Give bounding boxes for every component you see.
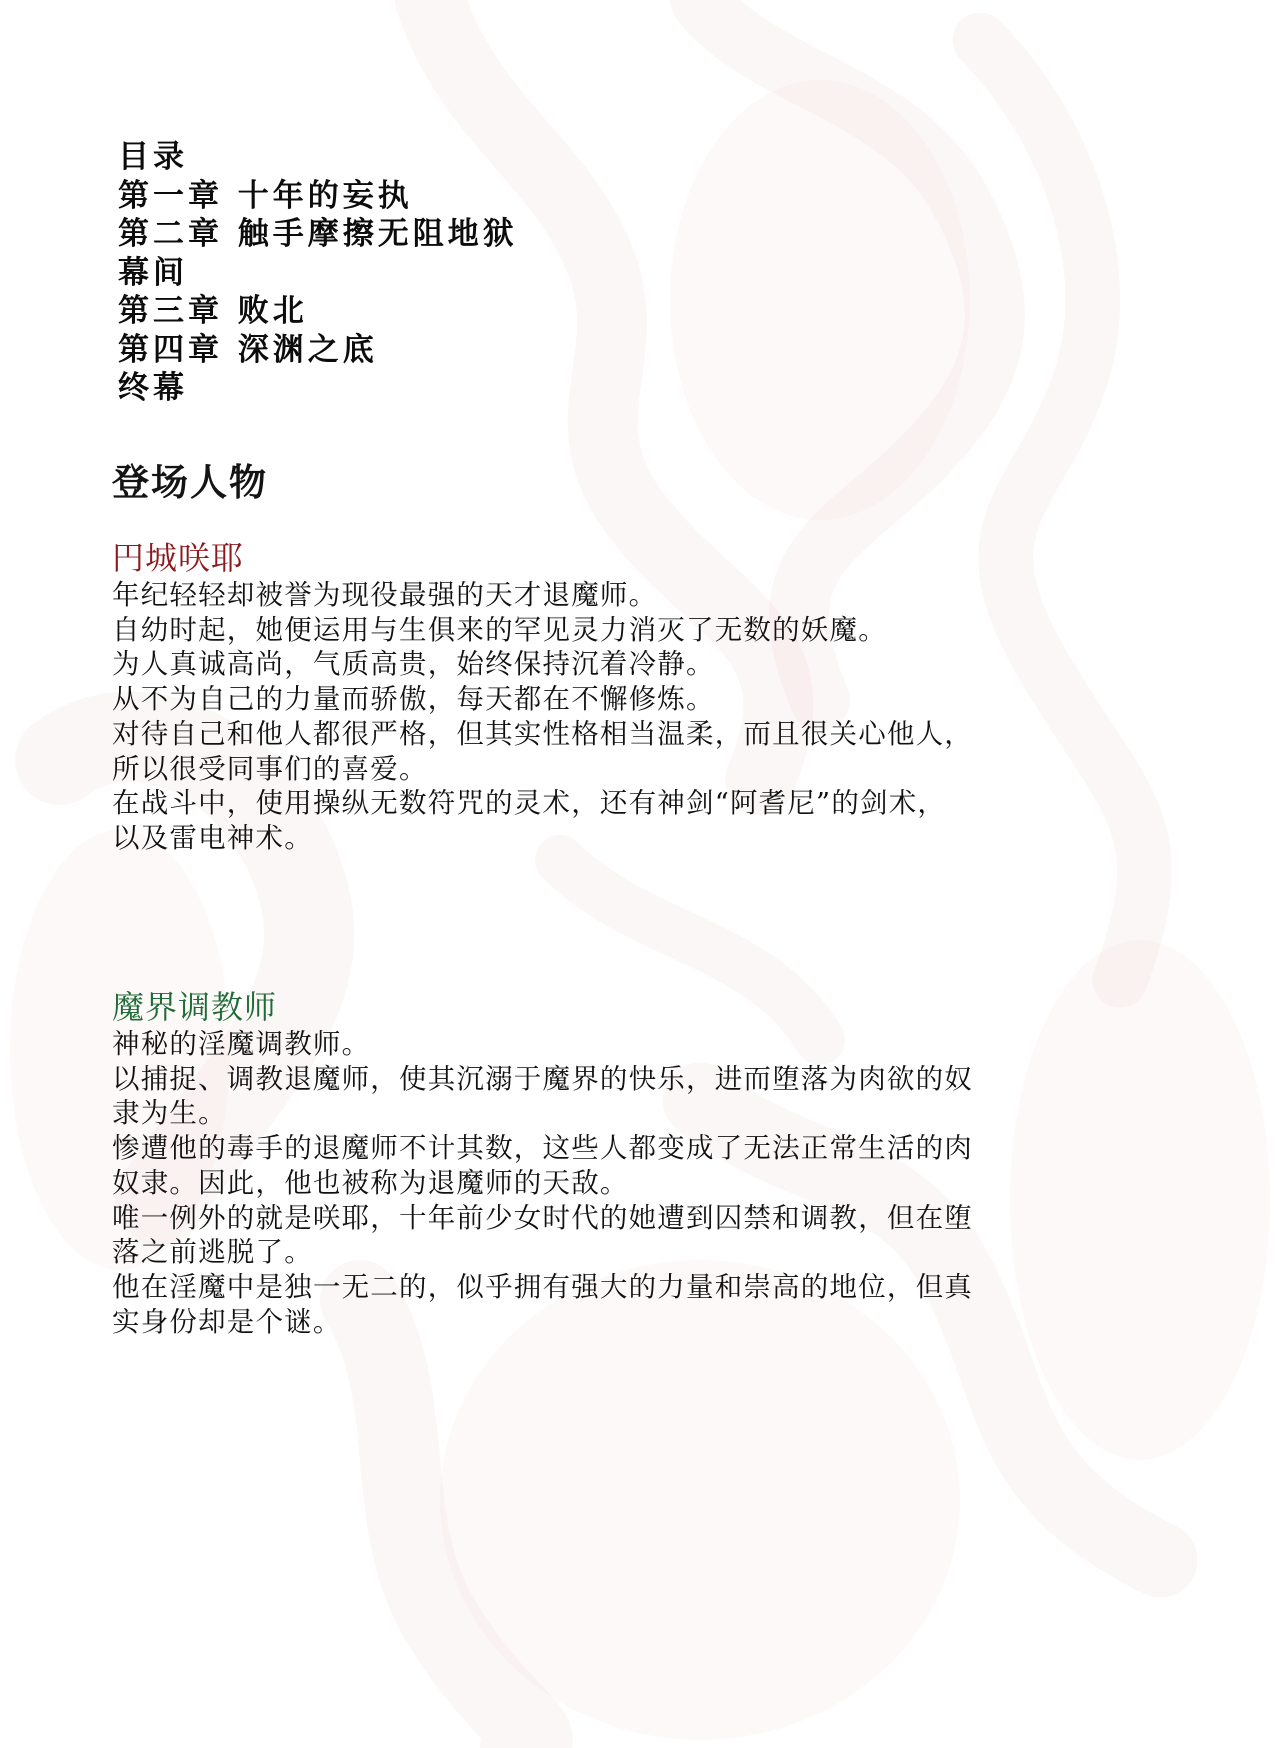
character-description-line: 对待自己和他人都很严格，但其实性格相当温柔，而且很关心他人， bbox=[112, 717, 1192, 752]
character-description-line: 他在淫魔中是独一无二的，似乎拥有强大的力量和崇高的地位，但真 bbox=[112, 1270, 1192, 1305]
table-of-contents: 目录 第一章 十年的妄执 第二章 触手摩擦无阻地狱 幕间 第三章 败北 第四章 … bbox=[118, 138, 518, 408]
toc-item-chapter-3: 第三章 败北 bbox=[118, 292, 518, 331]
toc-item-chapter-1: 第一章 十年的妄执 bbox=[118, 177, 518, 216]
toc-item-interlude: 幕间 bbox=[118, 254, 518, 293]
character-entry-sakuya: 円城咲耶 年纪轻轻却被誉为现役最强的天才退魔师。 自幼时起，她便运用与生俱来的罕… bbox=[112, 538, 1192, 856]
character-description-line: 在战斗中，使用操纵无数符咒的灵术，还有神剑“阿耆尼”的剑术， bbox=[112, 786, 1192, 821]
character-description-line: 惨遭他的毒手的退魔师不计其数，这些人都变成了无法正常生活的肉 bbox=[112, 1131, 1192, 1166]
character-description-line: 奴隶。因此，他也被称为退魔师的天敌。 bbox=[112, 1166, 1192, 1201]
toc-item-chapter-2: 第二章 触手摩擦无阻地狱 bbox=[118, 215, 518, 254]
character-description-line: 所以很受同事们的喜爱。 bbox=[112, 752, 1192, 787]
toc-item-finale: 终幕 bbox=[118, 369, 518, 408]
character-description-line: 隶为生。 bbox=[112, 1096, 1192, 1131]
character-entry-demon-trainer: 魔界调教师 神秘的淫魔调教师。 以捕捉、调教退魔师，使其沉溺于魔界的快乐，进而堕… bbox=[112, 987, 1192, 1339]
character-description-line: 神秘的淫魔调教师。 bbox=[112, 1027, 1192, 1062]
character-description-line: 实身份却是个谜。 bbox=[112, 1305, 1192, 1340]
toc-item-chapter-4: 第四章 深渊之底 bbox=[118, 331, 518, 370]
character-name: 円城咲耶 bbox=[112, 538, 1192, 578]
character-description-line: 从不为自己的力量而骄傲，每天都在不懈修炼。 bbox=[112, 682, 1192, 717]
character-description-line: 落之前逃脱了。 bbox=[112, 1235, 1192, 1270]
character-description-line: 为人真诚高尚，气质高贵，始终保持沉着冷静。 bbox=[112, 647, 1192, 682]
character-description-line: 以及雷电神术。 bbox=[112, 821, 1192, 856]
character-description-line: 自幼时起，她便运用与生俱来的罕见灵力消灭了无数的妖魔。 bbox=[112, 613, 1192, 648]
character-description-line: 年纪轻轻却被誉为现役最强的天才退魔师。 bbox=[112, 578, 1192, 613]
character-description-line: 以捕捉、调教退魔师，使其沉溺于魔界的快乐，进而堕落为肉欲的奴 bbox=[112, 1062, 1192, 1097]
character-description-line: 唯一例外的就是咲耶，十年前少女时代的她遭到囚禁和调教，但在堕 bbox=[112, 1201, 1192, 1236]
toc-title: 目录 bbox=[118, 138, 518, 177]
character-name: 魔界调教师 bbox=[112, 987, 1192, 1027]
book-page: 目录 第一章 十年的妄执 第二章 触手摩擦无阻地狱 幕间 第三章 败北 第四章 … bbox=[0, 0, 1280, 1748]
characters-section-title: 登场人物 bbox=[112, 458, 268, 506]
